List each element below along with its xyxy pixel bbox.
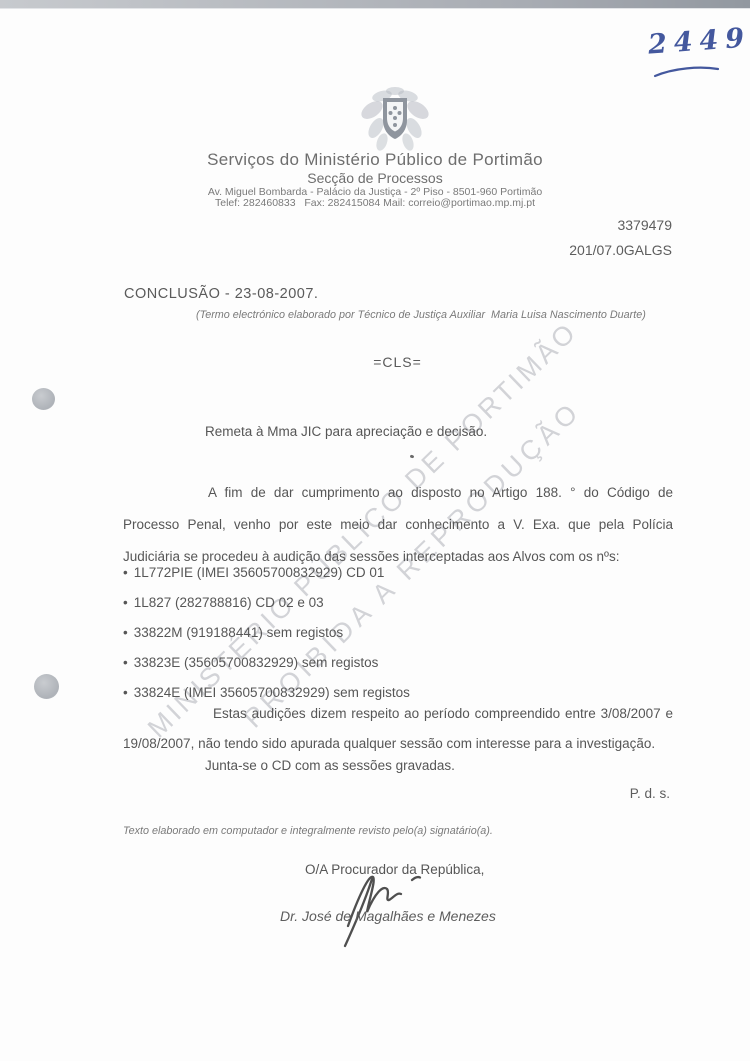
cls-marker: =CLS= xyxy=(123,354,672,370)
hole-punch-mark xyxy=(32,388,55,410)
target-text: 1L827 (282788816) CD 02 e 03 xyxy=(134,595,324,610)
scan-edge-artifact xyxy=(0,0,750,9)
target-text: 33823E (35605700832929) sem registos xyxy=(134,655,379,670)
bullet-glyph: • xyxy=(123,655,128,670)
conclusion-title: CONCLUSÃO - 23-08-2007. xyxy=(124,286,318,302)
process-number: 201/07.0GALGS xyxy=(569,242,672,258)
target-text: 1L772PIE (IMEI 35605700832929) CD 01 xyxy=(134,565,385,580)
list-item: •33822M (919188441) sem registos xyxy=(123,618,410,648)
bullet-glyph: • xyxy=(123,685,128,700)
reference-number: 3379479 xyxy=(617,217,672,233)
conclusion-term-note: (Termo electrónico elaborado por Técnico… xyxy=(196,309,646,321)
target-text: 33824E (IMEI 35605700832929) sem registo… xyxy=(134,685,410,700)
list-item: •1L827 (282788816) CD 02 e 03 xyxy=(123,588,410,618)
body-paragraph-3: Junta-se o CD com as sessões gravadas. xyxy=(205,758,455,773)
list-item: •33823E (35605700832929) sem registos xyxy=(123,648,410,678)
bullet-glyph: • xyxy=(123,565,128,580)
org-section: Secção de Processos xyxy=(0,170,750,186)
body-paragraph-2: Estas audições dizem respeito ao período… xyxy=(123,699,673,759)
pds-abbreviation: P. d. s. xyxy=(630,786,670,801)
computer-text-note: Texto elaborado em computador e integral… xyxy=(123,825,493,837)
handwritten-folio-number: 2449 xyxy=(647,22,750,60)
list-item: •1L772PIE (IMEI 35605700832929) CD 01 xyxy=(123,558,410,588)
targets-list: •1L772PIE (IMEI 35605700832929) CD 01 •1… xyxy=(123,558,410,708)
bullet-glyph: • xyxy=(123,595,128,610)
hole-punch-mark xyxy=(34,674,59,699)
coat-of-arms-icon xyxy=(352,84,438,154)
handwritten-underline-stroke xyxy=(652,64,722,80)
target-text: 33822M (919188441) sem registos xyxy=(134,625,343,640)
org-name: Serviços do Ministério Público de Portim… xyxy=(0,150,750,170)
signatory-name: Dr. José de Magalhães e Menezes xyxy=(280,908,496,924)
remeta-line: Remeta à Mma JIC para apreciação e decis… xyxy=(205,424,487,439)
bullet-glyph: • xyxy=(123,625,128,640)
scanned-document-page: MINISTÉRIO PÚBLICO DE PORTIMÃO PROIBIDA … xyxy=(0,0,750,1061)
org-contacts: Telef: 282460833 Fax: 282415084 Mail: co… xyxy=(0,197,750,209)
